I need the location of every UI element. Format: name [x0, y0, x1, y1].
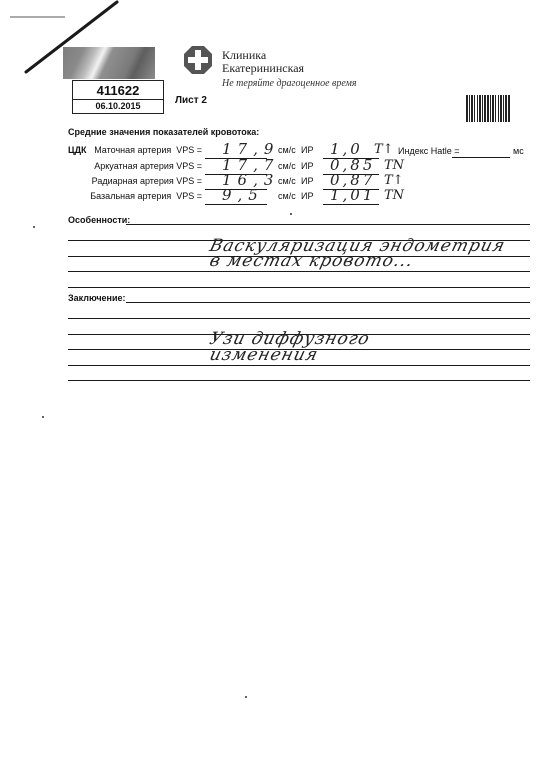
conclusion-label: Заключение:	[68, 293, 126, 303]
features-ruled-line	[68, 271, 530, 272]
clinic-name-line2: Екатерининская	[222, 62, 304, 75]
hatle-label: Индекс Hatle =	[398, 146, 460, 156]
vps-unit: см/с	[278, 191, 296, 201]
ir-unit: ИР	[301, 161, 313, 171]
record-date: 06.10.2015	[73, 99, 163, 113]
vps-unit: см/с	[278, 176, 296, 186]
vps-unit: см/с	[278, 145, 296, 155]
artery-label: Радиарная артерия VPS =	[92, 176, 202, 186]
scan-speck	[33, 226, 35, 228]
record-id: 411622	[73, 83, 163, 100]
features-ruled-line	[68, 287, 530, 288]
ir-note: ТN	[384, 158, 404, 173]
vps-unit: см/с	[278, 161, 296, 171]
scan-speck	[290, 213, 292, 215]
ir-note: Т↑	[384, 173, 404, 188]
ir-unit: ИР	[301, 191, 313, 201]
ir-value: 1,01	[330, 186, 375, 204]
scan-speck	[245, 696, 247, 698]
features-handwritten-text: в местах кровото...	[208, 251, 416, 271]
blood-flow-title: Средние значения показателей кровотока:	[68, 127, 259, 137]
features-label: Особенности:	[68, 215, 130, 225]
conclusion-handwritten-text: изменения	[208, 345, 321, 365]
hatle-unit: мс	[513, 146, 524, 156]
artery-label: Базальная артерия VPS =	[90, 191, 202, 201]
features-line	[126, 224, 530, 225]
photo-strip	[63, 47, 155, 79]
artery-label: Аркуатная артерия VPS =	[94, 161, 202, 171]
barcode-bar	[508, 95, 510, 122]
clinic-slogan: Не теряйте драгоценное время	[222, 78, 357, 89]
barcode-icon	[466, 95, 522, 122]
method-label: ЦДК	[68, 145, 86, 155]
ir-unit: ИР	[301, 145, 313, 155]
clinic-name: Клиника Екатерининская	[222, 49, 304, 75]
ir-unit: ИР	[301, 176, 313, 186]
sheet-number: Лист 2	[175, 95, 207, 106]
hatle-value-line	[452, 157, 510, 158]
ir-value-line	[323, 204, 379, 205]
ir-note: Т↑	[374, 142, 394, 157]
vps-value-line	[205, 204, 267, 205]
scan-speck	[42, 416, 44, 418]
conclusion-line	[126, 302, 530, 303]
ir-note: ТN	[384, 188, 404, 203]
vps-value: 9,5	[222, 186, 264, 204]
artery-label: Маточная артерия VPS =	[94, 145, 202, 155]
conclusion-ruled-line	[68, 380, 530, 381]
cross-icon	[183, 45, 213, 75]
conclusion-ruled-line	[68, 318, 530, 319]
record-id-box: 411622 06.10.2015	[72, 80, 164, 114]
